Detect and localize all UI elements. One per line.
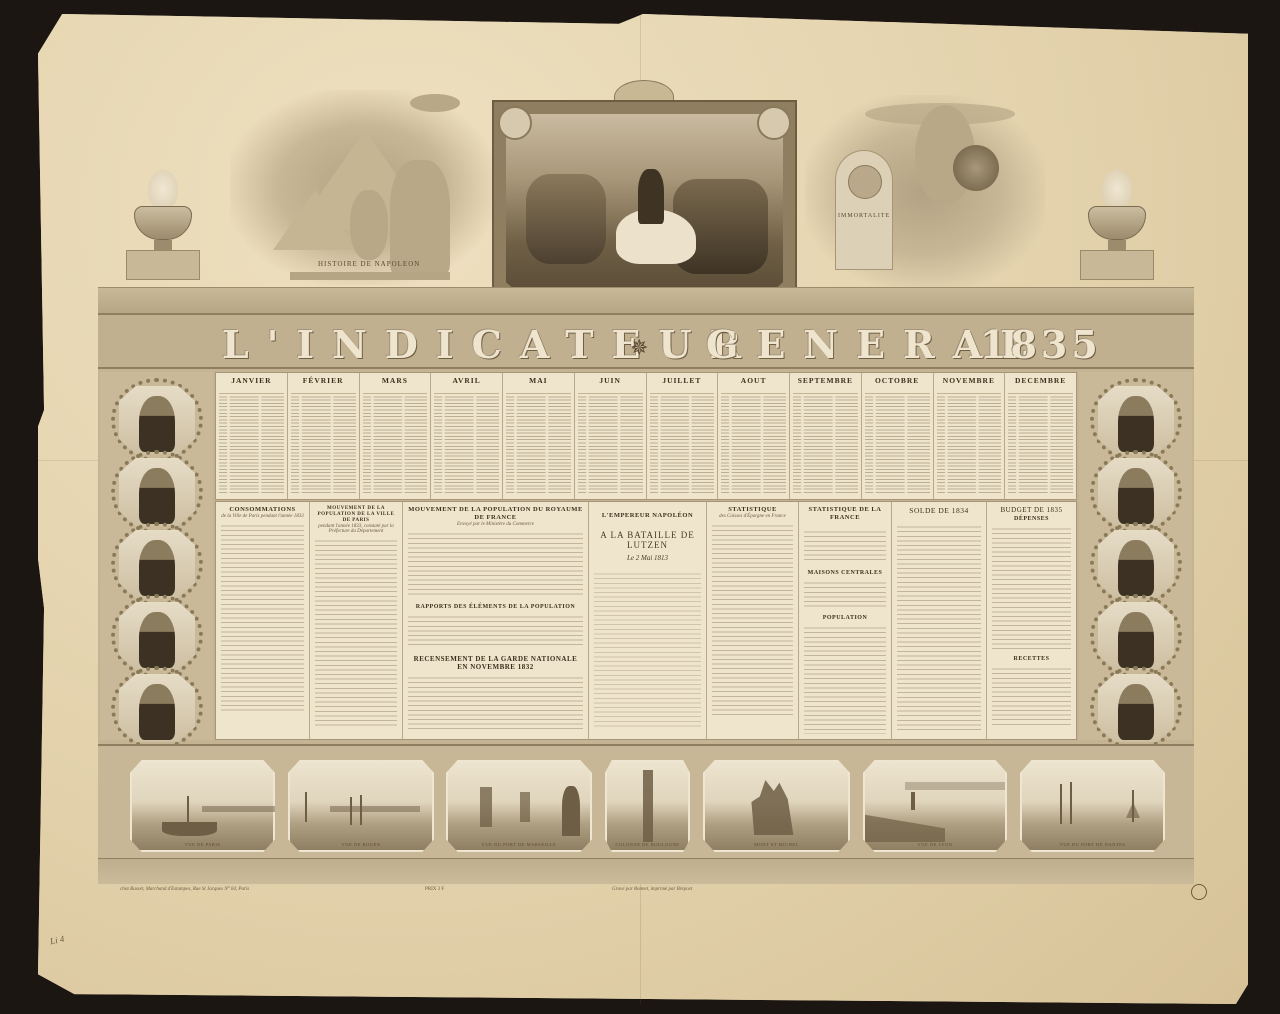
portrait-2 <box>119 458 195 526</box>
immortality-allegory: IMMORTALITE <box>805 95 1045 290</box>
month-column: JUILLET <box>647 373 719 499</box>
panel-population-paris: MOUVEMENT DE LA POPULATION DE LA VILLE D… <box>310 502 403 739</box>
landmark-vignette-5: MONT ST MICHEL <box>703 760 850 852</box>
month-column: FÉVRIER <box>288 373 360 499</box>
panel-budget-1835: BUDGET DE 1835 DÉPENSES RECETTES <box>987 502 1076 739</box>
month-column: JANVIER <box>216 373 288 499</box>
eagle-icon <box>410 94 460 112</box>
history-allegory: HISTOIRE DE NAPOLEON <box>230 90 495 285</box>
landmark-vignette-2: VUE DE ROUEN <box>288 760 434 852</box>
plinth-base <box>98 858 1194 884</box>
wings-icon <box>865 103 1015 125</box>
calendar-grid: JANVIER FÉVRIER MARS AVRIL MAI JUIN JUIL… <box>215 372 1077 500</box>
month-column: MARS <box>360 373 432 499</box>
month-column: OCTOBRE <box>862 373 934 499</box>
portrait-9 <box>1098 602 1174 670</box>
landmark-vignette-6: VUE DE LYON <box>863 760 1007 852</box>
month-column: AOUT <box>718 373 790 499</box>
panel-napoleon-lutzen: L'EMPEREUR NAPOLÉON A LA BATAILLE DE LUT… <box>589 502 707 739</box>
immortality-inscription: IMMORTALITE <box>838 213 890 219</box>
landmark-vignette-4: COLONNE DE BOULOGNE <box>605 760 690 852</box>
month-column: AVRIL <box>431 373 503 499</box>
month-column: JUIN <box>575 373 647 499</box>
flaming-urn-right <box>1082 170 1152 280</box>
napoleon-figure <box>638 169 664 224</box>
history-inscription: HISTOIRE DE NAPOLEON <box>318 260 420 268</box>
portrait-column-right <box>1079 372 1192 740</box>
panel-population-france: MOUVEMENT DE LA POPULATION DU ROYAUME DE… <box>403 502 589 739</box>
globe-icon <box>953 145 999 191</box>
portrait-column-left <box>100 372 213 740</box>
portrait-6 <box>1098 386 1174 454</box>
statistics-panels: CONSOMMATIONS de la Ville de Paris penda… <box>215 501 1077 740</box>
panel-statistique: STATISTIQUE des Caisses d'Épargne en Fra… <box>707 502 799 739</box>
title-left: L'INDICATEUR <box>222 322 759 367</box>
portrait-8 <box>1098 530 1174 598</box>
landmark-vignette-3: VUE DU PORT DE MARSEILLE <box>446 760 592 852</box>
landmark-vignette-7: VUE DU PORT DE NANTES <box>1020 760 1165 852</box>
portrait-4 <box>119 602 195 670</box>
flaming-urn-left <box>128 170 198 280</box>
medallion-n-right-icon <box>757 106 791 140</box>
portrait-1 <box>119 386 195 454</box>
library-stamp-icon <box>1191 884 1207 900</box>
panel-solde-1834: SOLDE DE 1834 <box>892 502 987 739</box>
publisher-imprint: chez Basset, Marchand d'Estampes, Rue St… <box>120 887 249 892</box>
medallion-n-left-icon <box>498 106 532 140</box>
portrait-7 <box>1098 458 1174 526</box>
portrait-5 <box>119 674 195 742</box>
battle-engraving <box>492 100 797 315</box>
price-imprint: PRIX 3 F <box>425 887 444 892</box>
month-column: DECEMBRE <box>1005 373 1076 499</box>
cornice <box>98 287 1194 315</box>
title-year: 1835 <box>980 322 1102 367</box>
month-column: MAI <box>503 373 575 499</box>
month-column: SEPTEMBRE <box>790 373 862 499</box>
portrait-10 <box>1098 674 1174 742</box>
legion-of-honour-star-icon: ✵ <box>630 335 648 361</box>
profile-medallion-icon <box>848 165 882 199</box>
landmark-vignette-1: VUE DE PARIS <box>130 760 275 852</box>
panel-statistique-france: STATISTIQUE DE LA FRANCE MAISONS CENTRAL… <box>799 502 892 739</box>
month-column: NOVEMBRE <box>934 373 1006 499</box>
panel-consommations: CONSOMMATIONS de la Ville de Paris penda… <box>216 502 310 739</box>
portrait-3 <box>119 530 195 598</box>
engraver-imprint: Gravé par Bonnet, imprimé par Brepost <box>612 887 692 892</box>
